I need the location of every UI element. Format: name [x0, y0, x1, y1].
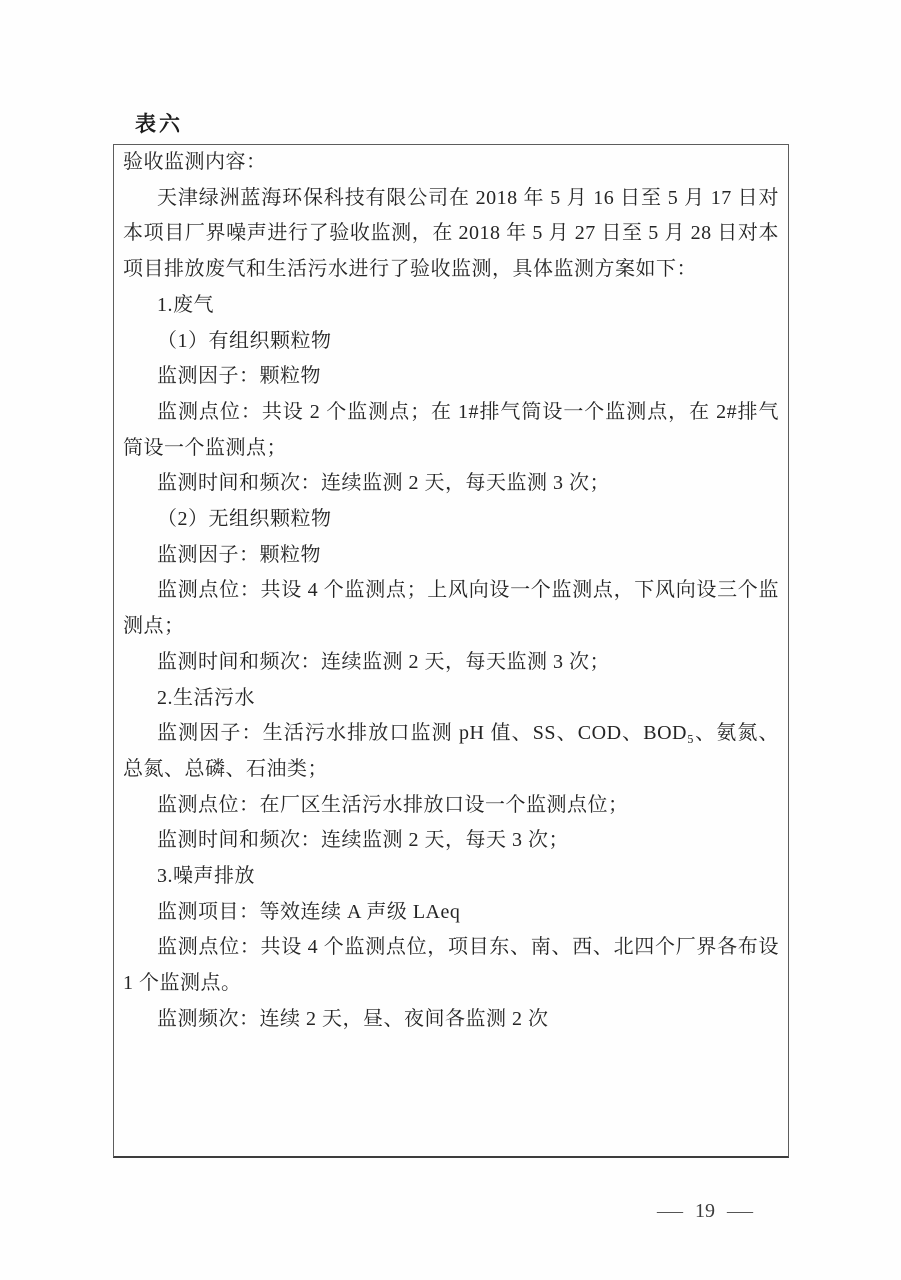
- paragraph: 3.噪声排放: [123, 859, 779, 895]
- paragraph: 1.废气: [123, 288, 779, 324]
- paragraph: 监测点位：共设 2 个监测点；在 1#排气筒设一个监测点，在 2#排气筒设一个监…: [123, 395, 779, 466]
- paragraph: 监测频次：连续 2 天，昼、夜间各监测 2 次: [123, 1002, 779, 1038]
- box-title: 验收监测内容：: [123, 145, 779, 181]
- table-label: 表六: [135, 108, 183, 138]
- paragraph: 监测项目：等效连续 A 声级 LAeq: [123, 895, 779, 931]
- paragraph: 监测点位：共设 4 个监测点位，项目东、南、西、北四个厂界各布设 1 个监测点。: [123, 930, 779, 1001]
- paragraph: 监测因子：颗粒物: [123, 359, 779, 395]
- page-number: 19: [695, 1200, 715, 1223]
- paragraph: 监测时间和频次：连续监测 2 天，每天 3 次；: [123, 823, 779, 859]
- page-number-dash-right: —: [727, 1200, 753, 1223]
- paragraph: （1）有组织颗粒物: [123, 324, 779, 360]
- paragraph: 监测时间和频次：连续监测 2 天，每天监测 3 次；: [123, 466, 779, 502]
- page-number-dash-left: —: [657, 1200, 683, 1223]
- paragraph: 监测因子：颗粒物: [123, 538, 779, 574]
- paragraph: 天津绿洲蓝海环保科技有限公司在 2018 年 5 月 16 日至 5 月 17 …: [123, 181, 779, 288]
- paragraph: 监测点位：共设 4 个监测点；上风向设一个监测点，下风向设三个监测点；: [123, 573, 779, 644]
- paragraph: （2）无组织颗粒物: [123, 502, 779, 538]
- paragraph: 2.生活污水: [123, 681, 779, 717]
- paragraph: 监测时间和频次：连续监测 2 天，每天监测 3 次；: [123, 645, 779, 681]
- paragraph-list: 天津绿洲蓝海环保科技有限公司在 2018 年 5 月 16 日至 5 月 17 …: [123, 181, 779, 1038]
- monitoring-content-box: 验收监测内容： 天津绿洲蓝海环保科技有限公司在 2018 年 5 月 16 日至…: [113, 144, 789, 1158]
- paragraph: 监测点位：在厂区生活污水排放口设一个监测点位；: [123, 788, 779, 824]
- document-page: { "page": { "table_label": "表六" }, "box"…: [0, 0, 901, 1280]
- page-footer: — 19 —: [660, 1200, 750, 1223]
- paragraph: 监测因子：生活污水排放口监测 pH 值、SS、COD、BOD₅、氨氮、总氮、总磷…: [123, 716, 779, 787]
